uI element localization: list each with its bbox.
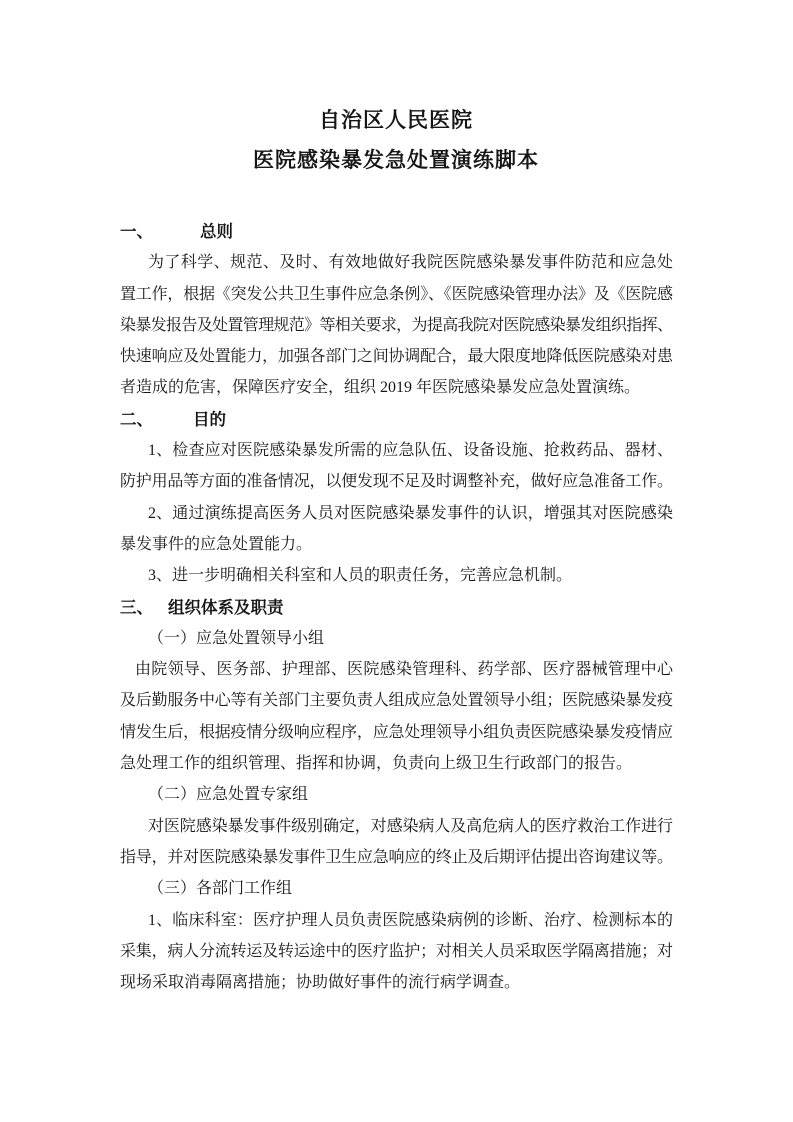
paragraph-line: 暴发事件的应急处置能力。 [120,529,672,560]
section-number: 三、 [120,592,168,623]
paragraph-line: 快速响应及处置能力，加强各部门之间协调配合，最大限度地降低医院感染对患 [120,341,672,372]
section-heading-3: 三、组织体系及职责 [120,592,672,623]
sub-heading-2: （二）应急处置专家组 [120,779,672,810]
section-label: 总则 [200,222,233,241]
section-heading-2: 二、目的 [120,404,672,435]
paragraph-line: 置工作，根据《突发公共卫生事件应急条例》、《医院感染管理办法》及《医院感 [120,279,672,310]
paragraph-line: 2、通过演练提高医务人员对医院感染暴发事件的认识，增强其对医院感染 [120,498,672,529]
paragraph-line: 1、临床科室：医疗护理人员负责医院感染病例的诊断、治疗、检测标本的 [120,905,672,936]
section-number: 二、 [120,404,193,435]
paragraph-line: 为了科学、规范、及时、有效地做好我院医院感染暴发事件防范和应急处 [120,247,672,278]
document-title-line2: 医院感染暴发急处置演练脚本 [120,140,672,180]
paragraph-line: 及后勤服务中心等有关部门主要负责人组成应急处置领导小组；医院感染暴发疫 [120,685,672,716]
section-label: 目的 [193,410,226,429]
section-label: 组织体系及职责 [168,598,284,617]
paragraph-line: 防护用品等方面的准备情况，以便发现不足及时调整补充，做好应急准备工作。 [120,466,672,497]
paragraph-line: 3、进一步明确相关科室和人员的职责任务，完善应急机制。 [120,560,672,591]
paragraph-line: 急处理工作的组织管理、指挥和协调，负责向上级卫生行政部门的报告。 [120,748,672,779]
paragraph-line: 采集，病人分流转运及转运途中的医疗监护；对相关人员采取医学隔离措施；对 [120,936,672,967]
paragraph-line: 染暴发报告及处置管理规范》等相关要求，为提高我院对医院感染暴发组织指挥、 [120,310,672,341]
document-page: 自治区人民医院 医院感染暴发急处置演练脚本 一、总则 为了科学、规范、及时、有效… [0,0,793,1122]
section-number: 一、 [120,216,200,247]
paragraph-line: 现场采取消毒隔离措施；协助做好事件的流行病学调查。 [120,967,672,998]
paragraph-line: 1、检查应对医院感染暴发所需的应急队伍、设备设施、抢救药品、器材、 [120,435,672,466]
paragraph-line: 对医院感染暴发事件级别确定，对感染病人及高危病人的医疗救治工作进行 [120,811,672,842]
paragraph-line: 指导，并对医院感染暴发事件卫生应急响应的终止及后期评估提出咨询建议等。 [120,842,672,873]
document-body: 自治区人民医院 医院感染暴发急处置演练脚本 一、总则 为了科学、规范、及时、有效… [120,100,672,998]
paragraph-line: 者造成的危害，保障医疗安全，组织 2019 年医院感染暴发应急处置演练。 [120,372,672,403]
sub-heading-3: （三）各部门工作组 [120,873,672,904]
paragraph-line: 由院领导、医务部、护理部、医院感染管理科、药学部、医疗器械管理中心 [120,654,672,685]
sub-heading-1: （一）应急处置领导小组 [120,623,672,654]
document-title-line1: 自治区人民医院 [120,100,672,140]
section-heading-1: 一、总则 [120,216,672,247]
paragraph-line: 情发生后，根据疫情分级响应程序，应急处理领导小组负责医院感染暴发疫情应 [120,717,672,748]
